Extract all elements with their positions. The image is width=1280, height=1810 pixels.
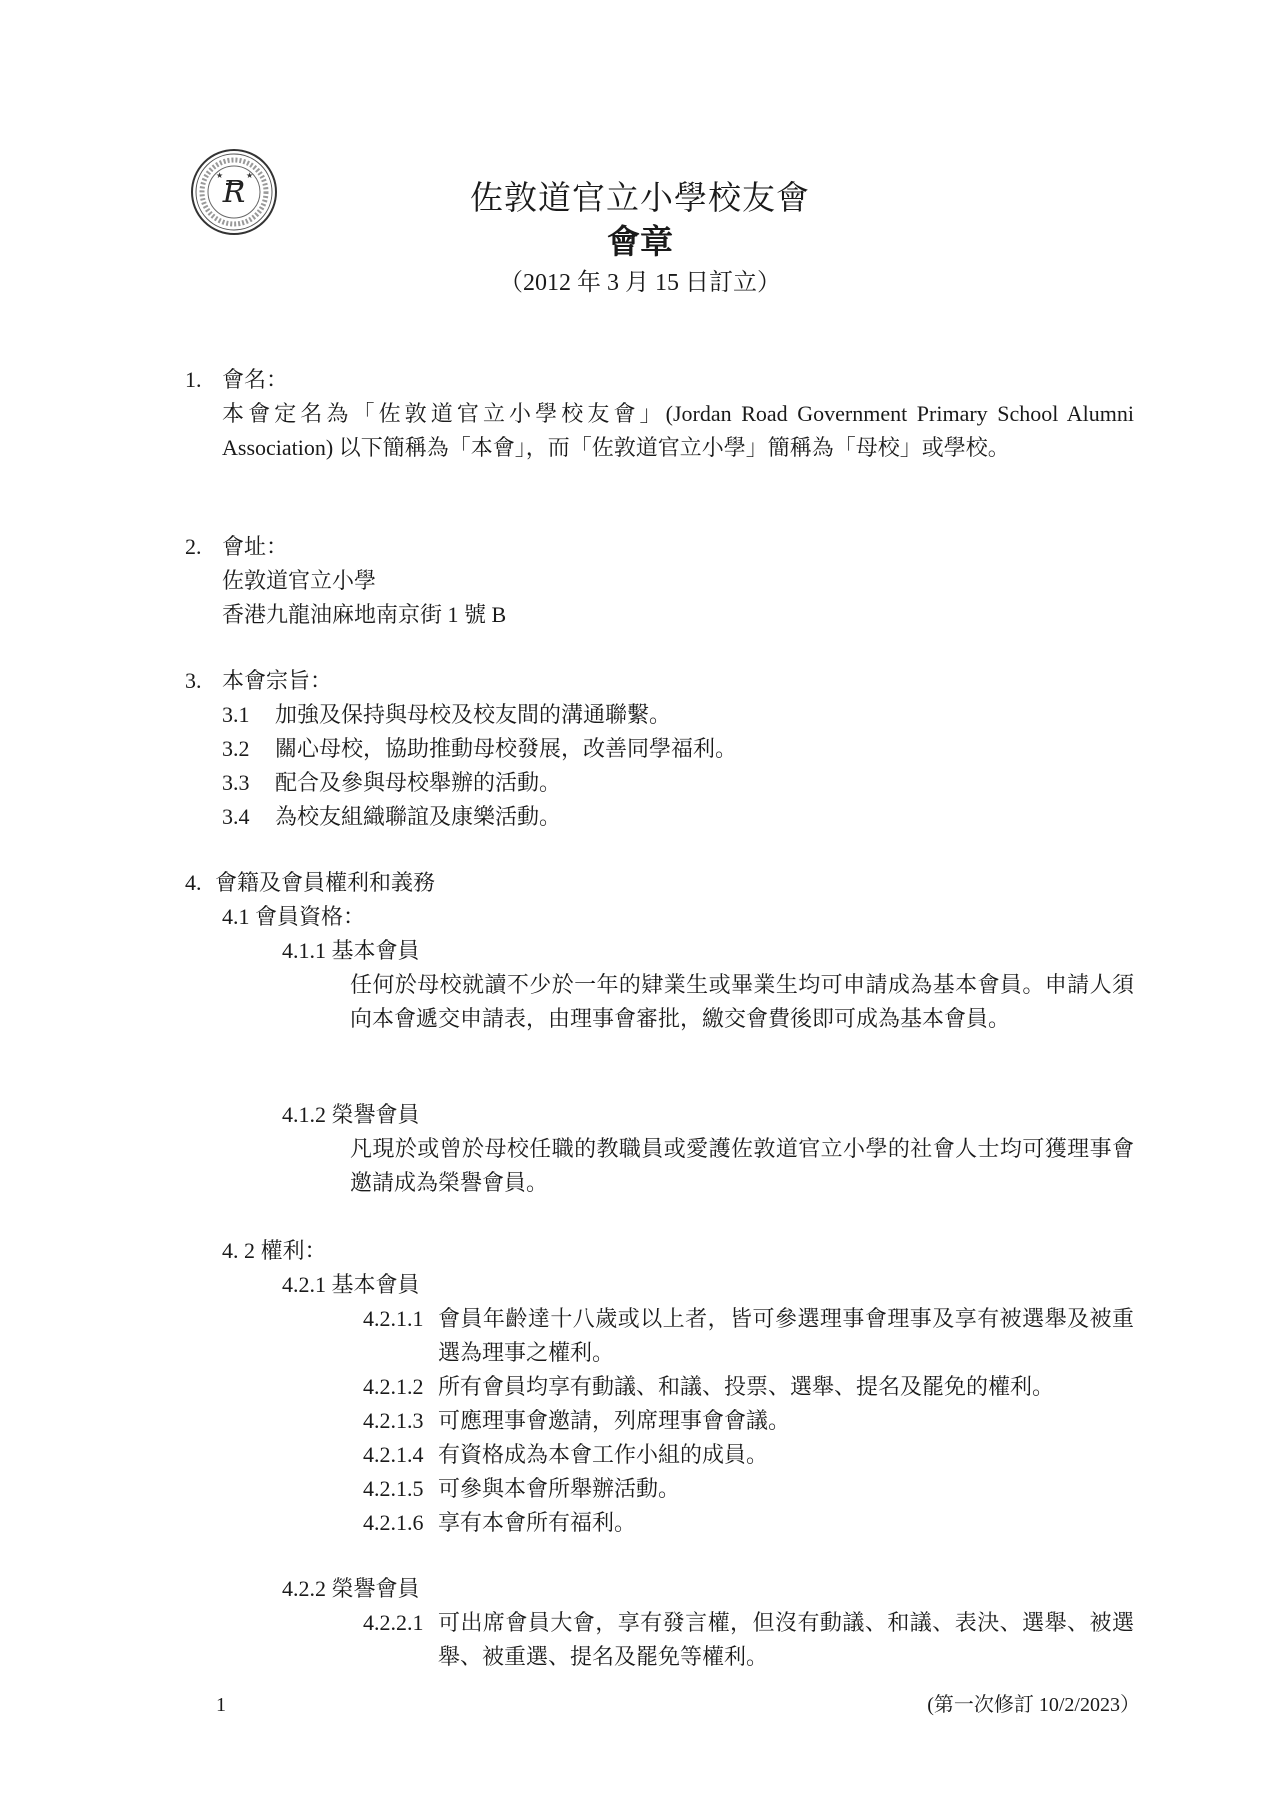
section-4-2-2-heading: 4.2.2 榮譽會員: [282, 1572, 420, 1606]
right-4-2-1-2-text: 所有會員均享有動議、和議、投票、選舉、提名及罷免的權利。: [438, 1370, 1054, 1404]
right-4-2-2-1-number: 4.2.2.1: [363, 1606, 424, 1640]
section-3-number: 3.: [185, 664, 202, 698]
address-line-2: 香港九龍油麻地南京街 1 號 B: [222, 598, 506, 632]
section-4-1-2-heading: 4.1.2 榮譽會員: [282, 1098, 420, 1132]
right-4-2-1-6-number: 4.2.1.6: [363, 1506, 424, 1540]
section-4-1-heading: 4.1 會員資格：: [222, 900, 365, 934]
page-number: 1: [216, 1688, 226, 1722]
document-subtitle: 會章: [0, 222, 1280, 262]
section-3-heading: 本會宗旨：: [222, 664, 332, 698]
purpose-3-4-text: 為校友組織聯誼及康樂活動。: [275, 800, 561, 834]
section-2-heading: 會址：: [222, 530, 288, 564]
section-4-1-2-body: 凡現於或曾於母校任職的教職員或愛護佐敦道官立小學的社會人士均可獲理事會邀請成為榮…: [350, 1132, 1134, 1200]
section-1-heading: 會名：: [222, 363, 288, 397]
right-4-2-2-1-text: 可出席會員大會，享有發言權，但沒有動議、和議、表決、選舉、被選舉、被重選、提名及…: [438, 1606, 1134, 1674]
purpose-3-2-text: 關心母校，協助推動母校發展，改善同學福利。: [275, 732, 737, 766]
right-4-2-1-1-text: 會員年齡達十八歲或以上者，皆可參選理事會理事及享有被選舉及被重選為理事之權利。: [438, 1302, 1134, 1370]
purpose-3-2-number: 3.2: [222, 732, 250, 766]
section-2-number: 2.: [185, 530, 202, 564]
right-4-2-1-5-text: 可參與本會所舉辦活動。: [438, 1472, 680, 1506]
purpose-3-1-number: 3.1: [222, 698, 250, 732]
section-4-2-heading: 4. 2 權利：: [222, 1234, 327, 1268]
section-4-2-1-heading: 4.2.1 基本會員: [282, 1268, 420, 1302]
right-4-2-1-4-text: 有資格成為本會工作小組的成員。: [438, 1438, 768, 1472]
purpose-3-4-number: 3.4: [222, 800, 250, 834]
purpose-3-3-text: 配合及參與母校舉辦的活動。: [275, 766, 561, 800]
address-line-1: 佐敦道官立小學: [222, 564, 376, 598]
section-4-1-1-heading: 4.1.1 基本會員: [282, 934, 420, 968]
established-date: （2012 年 3 月 15 日訂立）: [0, 266, 1280, 300]
section-4-1-1-body: 任何於母校就讀不少於一年的肄業生或畢業生均可申請成為基本會員。申請人須向本會遞交…: [350, 968, 1134, 1036]
section-4-heading: 會籍及會員權利和義務: [215, 866, 435, 900]
purpose-3-3-number: 3.3: [222, 766, 250, 800]
right-4-2-1-1-number: 4.2.1.1: [363, 1302, 424, 1336]
right-4-2-1-3-text: 可應理事會邀請，列席理事會會議。: [438, 1404, 790, 1438]
section-4-number: 4.: [185, 866, 202, 900]
right-4-2-1-6-text: 享有本會所有福利。: [438, 1506, 636, 1540]
right-4-2-1-2-number: 4.2.1.2: [363, 1370, 424, 1404]
purpose-3-1-text: 加強及保持與母校及校友間的溝通聯繫。: [275, 698, 671, 732]
right-4-2-1-5-number: 4.2.1.5: [363, 1472, 424, 1506]
right-4-2-1-4-number: 4.2.1.4: [363, 1438, 424, 1472]
revision-note: (第一次修訂 10/2/2023）: [927, 1688, 1140, 1722]
document-title: 佐敦道官立小學校友會: [0, 178, 1280, 218]
section-1-number: 1.: [185, 363, 202, 397]
right-4-2-1-3-number: 4.2.1.3: [363, 1404, 424, 1438]
section-1-body: 本會定名為「佐敦道官立小學校友會」(Jordan Road Government…: [222, 397, 1134, 465]
